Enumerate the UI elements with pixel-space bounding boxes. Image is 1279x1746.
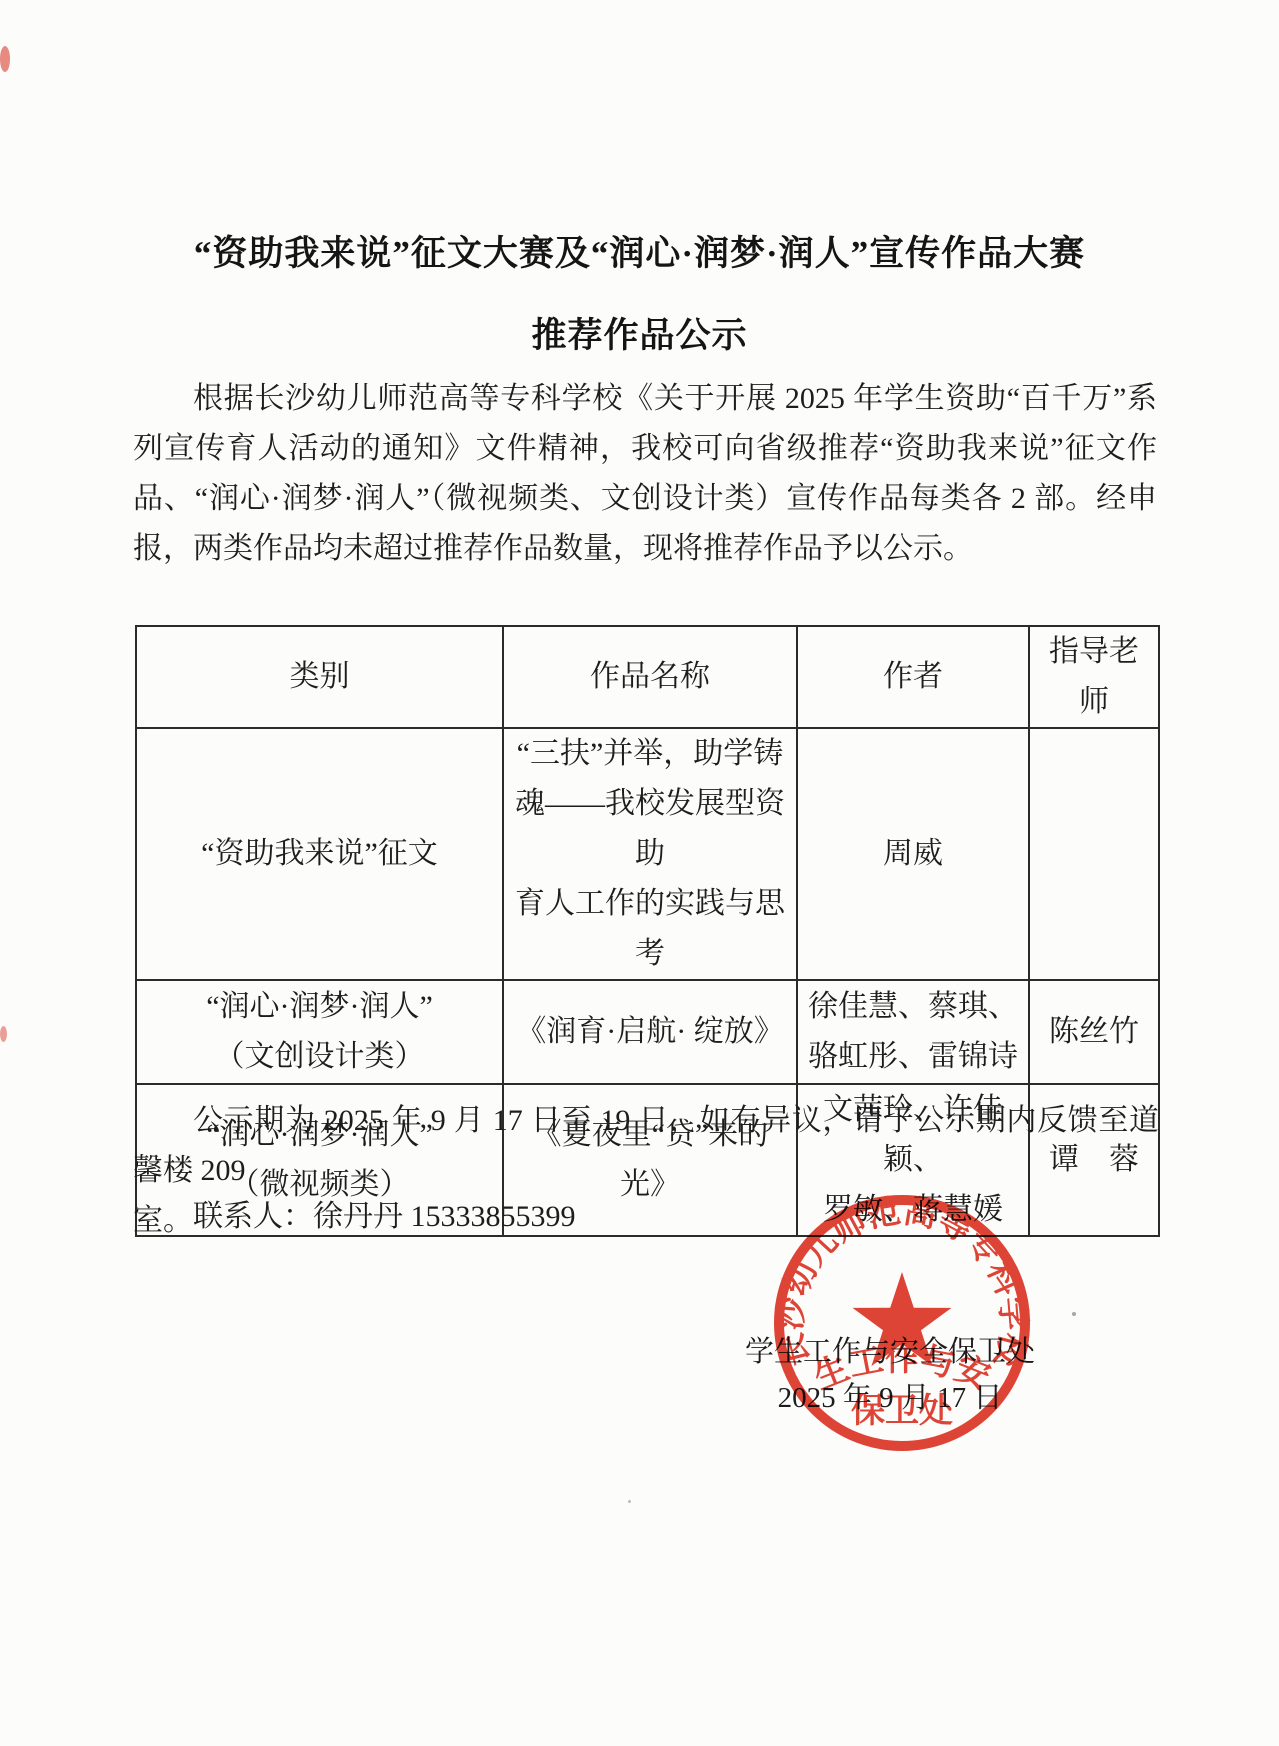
scan-artifact-dot (1072, 1312, 1076, 1316)
scan-artifact-red (0, 46, 10, 72)
scan-artifact-dot (1078, 1124, 1081, 1127)
contact-line: 联系人：徐丹丹 15333855399 (133, 1192, 1159, 1242)
cell-work-title: 《润育·启航· 绽放》 (503, 980, 797, 1084)
table-row: “润心·润梦·润人” （文创设计类） 《润育·启航· 绽放》 徐佳慧、蔡琪、 骆… (136, 980, 1159, 1084)
cell-work-title: “三扶”并举，助学铸 魂——我校发展型资助 育人工作的实践与思考 (503, 728, 797, 980)
cell-advisor: 陈丝竹 (1029, 980, 1159, 1084)
cell-authors: 周威 (797, 728, 1029, 980)
document-page: “资助我来说”征文大赛及“润心·润梦·润人”宣传作品大赛 推荐作品公示 根据长沙… (0, 0, 1279, 1746)
cell-category: “资助我来说”征文 (136, 728, 503, 980)
header-category: 类别 (136, 626, 503, 728)
intro-paragraph: 根据长沙幼儿师范高等专科学校《关于开展 2025 年学生资助“百千万”系列宣传育… (133, 374, 1157, 574)
scan-artifact-dot (628, 1500, 631, 1503)
table-header-row: 类别 作品名称 作者 指导老师 (136, 626, 1159, 728)
cell-category: “润心·润梦·润人” （文创设计类） (136, 980, 503, 1084)
signature-date: 2025 年 9 月 17 日 (640, 1375, 1140, 1421)
document-subtitle: 推荐作品公示 (0, 308, 1279, 358)
header-advisor: 指导老师 (1029, 626, 1159, 728)
signature-department: 学生工作与安全保卫处 (640, 1329, 1140, 1375)
header-authors: 作者 (797, 626, 1029, 728)
cell-advisor (1029, 728, 1159, 980)
header-work-title: 作品名称 (503, 626, 797, 728)
document-title: “资助我来说”征文大赛及“润心·润梦·润人”宣传作品大赛 (0, 226, 1279, 276)
cell-authors: 徐佳慧、蔡琪、 骆虹彤、雷锦诗 (797, 980, 1029, 1084)
scan-artifact-red (0, 1026, 7, 1042)
table-row: “资助我来说”征文 “三扶”并举，助学铸 魂——我校发展型资助 育人工作的实践与… (136, 728, 1159, 980)
